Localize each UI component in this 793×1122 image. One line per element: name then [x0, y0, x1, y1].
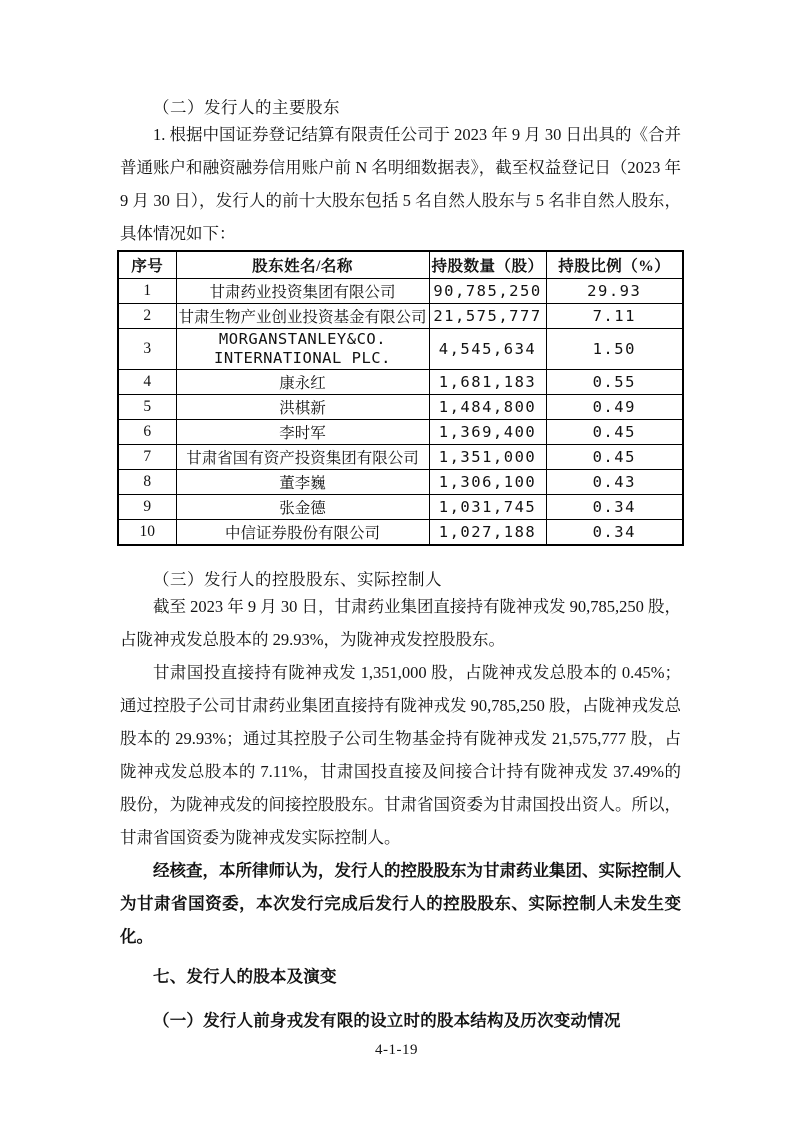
cell-percentage: 0.43 — [546, 470, 683, 495]
cell-index: 5 — [118, 395, 176, 420]
section-heading-predecessor-structure: （一）发行人前身戎发有限的设立时的股本结构及历次变动情况 — [120, 1011, 681, 1031]
cell-shares: 4,545,634 — [429, 329, 546, 370]
cell-shareholder-name: 张金德 — [176, 495, 429, 520]
table-row: 2甘肃生物产业创业投资基金有限公司21,575,7777.11 — [118, 304, 683, 329]
table-row: 10中信证券股份有限公司1,027,1880.34 — [118, 520, 683, 546]
table-row: 6李时军1,369,4000.45 — [118, 420, 683, 445]
col-header-index: 序号 — [118, 251, 176, 279]
cell-index: 1 — [118, 279, 176, 304]
col-header-pct: 持股比例（%） — [546, 251, 683, 279]
cell-shareholder-name: 董李巍 — [176, 470, 429, 495]
cell-index: 8 — [118, 470, 176, 495]
cell-percentage: 0.45 — [546, 445, 683, 470]
cell-percentage: 0.49 — [546, 395, 683, 420]
page-number: 4-1-19 — [0, 1042, 793, 1059]
cell-shareholder-name: 李时军 — [176, 420, 429, 445]
cell-shares: 1,484,800 — [429, 395, 546, 420]
paragraph-registry-data: 1. 根据中国证券登记结算有限责任公司于 2023 年 9 月 30 日出具的《… — [120, 118, 681, 250]
cell-shareholder-name: 中信证券股份有限公司 — [176, 520, 429, 546]
cell-shares: 1,351,000 — [429, 445, 546, 470]
table-row: 5洪棋新1,484,8000.49 — [118, 395, 683, 420]
shareholder-table-header: 序号 股东姓名/名称 持股数量（股） 持股比例（%） — [118, 251, 683, 279]
cell-percentage: 0.34 — [546, 520, 683, 546]
cell-shareholder-name: MORGANSTANLEY&CO. INTERNATIONAL PLC. — [176, 329, 429, 370]
cell-shareholder-name: 甘肃生物产业创业投资基金有限公司 — [176, 304, 429, 329]
cell-index: 6 — [118, 420, 176, 445]
cell-percentage: 0.45 — [546, 420, 683, 445]
paragraph-lawyer-opinion: 经核查，本所律师认为，发行人的控股股东为甘肃药业集团、实际控制人为甘肃省国资委，… — [120, 854, 681, 953]
cell-shares: 1,681,183 — [429, 370, 546, 395]
cell-index: 3 — [118, 329, 176, 370]
section-heading-share-capital: 七、发行人的股本及演变 — [120, 967, 681, 987]
cell-percentage: 1.50 — [546, 329, 683, 370]
col-header-name: 股东姓名/名称 — [176, 251, 429, 279]
cell-shareholder-name: 甘肃省国有资产投资集团有限公司 — [176, 445, 429, 470]
cell-shares: 1,306,100 — [429, 470, 546, 495]
shareholder-table-body: 1甘肃药业投资集团有限公司90,785,25029.932甘肃生物产业创业投资基… — [118, 279, 683, 546]
cell-shares: 21,575,777 — [429, 304, 546, 329]
cell-percentage: 29.93 — [546, 279, 683, 304]
section-heading-main-shareholders: （二）发行人的主要股东 — [120, 98, 681, 118]
cell-index: 7 — [118, 445, 176, 470]
paragraph-controlling-shareholder: 截至 2023 年 9 月 30 日，甘肃药业集团直接持有陇神戎发 90,785… — [120, 590, 681, 656]
cell-percentage: 0.55 — [546, 370, 683, 395]
cell-shares: 1,031,745 — [429, 495, 546, 520]
document-page: （二）发行人的主要股东 1. 根据中国证券登记结算有限责任公司于 2023 年 … — [0, 0, 793, 1122]
cell-percentage: 0.34 — [546, 495, 683, 520]
table-row: 9张金德1,031,7450.34 — [118, 495, 683, 520]
cell-index: 10 — [118, 520, 176, 546]
table-row: 1甘肃药业投资集团有限公司90,785,25029.93 — [118, 279, 683, 304]
cell-index: 9 — [118, 495, 176, 520]
section-heading-controlling-shareholder: （三）发行人的控股股东、实际控制人 — [120, 570, 681, 590]
table-row: 7甘肃省国有资产投资集团有限公司1,351,0000.45 — [118, 445, 683, 470]
table-row: 4康永红1,681,1830.55 — [118, 370, 683, 395]
paragraph-actual-controller: 甘肃国投直接持有陇神戎发 1,351,000 股，占陇神戎发总股本的 0.45%… — [120, 656, 681, 854]
cell-index: 2 — [118, 304, 176, 329]
cell-shareholder-name: 甘肃药业投资集团有限公司 — [176, 279, 429, 304]
document-content: （二）发行人的主要股东 1. 根据中国证券登记结算有限责任公司于 2023 年 … — [120, 0, 681, 1031]
table-header-row: 序号 股东姓名/名称 持股数量（股） 持股比例（%） — [118, 251, 683, 279]
cell-shares: 1,027,188 — [429, 520, 546, 546]
cell-shares: 90,785,250 — [429, 279, 546, 304]
shareholder-table: 序号 股东姓名/名称 持股数量（股） 持股比例（%） 1甘肃药业投资集团有限公司… — [117, 250, 684, 546]
table-row: 3MORGANSTANLEY&CO. INTERNATIONAL PLC.4,5… — [118, 329, 683, 370]
cell-shareholder-name: 康永红 — [176, 370, 429, 395]
cell-shareholder-name: 洪棋新 — [176, 395, 429, 420]
col-header-shares: 持股数量（股） — [429, 251, 546, 279]
cell-percentage: 7.11 — [546, 304, 683, 329]
table-row: 8董李巍1,306,1000.43 — [118, 470, 683, 495]
cell-shares: 1,369,400 — [429, 420, 546, 445]
cell-index: 4 — [118, 370, 176, 395]
